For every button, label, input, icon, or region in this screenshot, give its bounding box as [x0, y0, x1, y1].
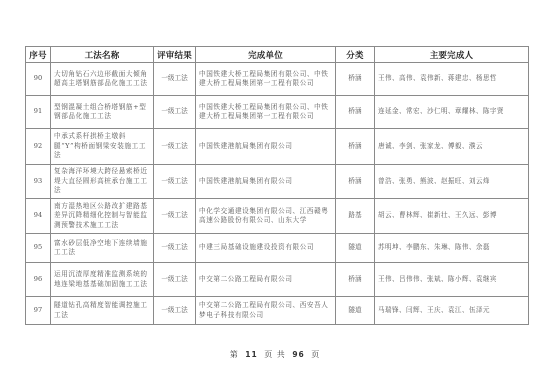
header-main-contributors: 主要完成人 [375, 47, 529, 63]
row-review-result: 一级工法 [154, 63, 196, 96]
row-main-contributors: 曾浩、张勇、熊波、赵振旺、刘云烽 [375, 165, 529, 199]
table-row: 91 型钢混凝土组合桥塔钢筋+型钢部品化施工工法 一级工法 中国铁建大桥工程局集… [26, 96, 529, 129]
row-method-name: 运用沉渣厚度精准监测系统的地连梁地基基础加固施工工法 [51, 263, 154, 297]
page-footer: 第 11 页 共 96 页 [0, 349, 550, 360]
row-review-result: 一级工法 [154, 263, 196, 297]
row-no: 96 [26, 263, 51, 297]
header-no: 序号 [26, 47, 51, 63]
document-page: 序号 工法名称 评审结果 完成单位 分类 主要完成人 90 大切角钻石六边形截面… [0, 0, 550, 389]
row-main-contributors: 唐诚、李剑、张家龙、傅毅、濮云 [375, 129, 529, 165]
row-no: 90 [26, 63, 51, 96]
footer-suffix: 页 [311, 350, 320, 359]
row-no: 94 [26, 199, 51, 234]
footer-prefix: 第 [230, 350, 239, 359]
row-main-contributors: 连延金、常宏、沙仁明、章耀林、陈宇贤 [375, 96, 529, 129]
row-completing-unit: 中国铁建大桥工程局集团有限公司、中铁建大桥工程局集团第一工程有限公司 [196, 63, 336, 96]
table-row: 94 南方湿热地区公路改扩建路基差异沉降精细化控制与智能监测预警技术施工工法 一… [26, 199, 529, 234]
row-completing-unit: 中国铁建港航局集团有限公司 [196, 165, 336, 199]
row-no: 95 [26, 234, 51, 263]
row-review-result: 一级工法 [154, 199, 196, 234]
header-category: 分类 [336, 47, 375, 63]
row-category: 桥涵 [336, 263, 375, 297]
row-no: 93 [26, 165, 51, 199]
row-completing-unit: 中国铁建港航局集团有限公司 [196, 129, 336, 165]
table-row: 90 大切角钻石六边形截面大倾角超高主塔钢筋部品化施工工法 一级工法 中国铁建大… [26, 63, 529, 96]
row-main-contributors: 胡云、曹林辉、崔新壮、王久远、彭博 [375, 199, 529, 234]
row-no: 97 [26, 297, 51, 325]
current-page-number: 11 [245, 350, 257, 359]
row-category: 桥涵 [336, 96, 375, 129]
row-method-name: 型钢混凝土组合桥塔钢筋+型钢部品化施工工法 [51, 96, 154, 129]
table-row: 93 复杂海洋环境大跨径悬索桥近堤大直径圆形高桩承台施工工法 一级工法 中国铁建… [26, 165, 529, 199]
row-category: 桥涵 [336, 165, 375, 199]
header-method-name: 工法名称 [51, 47, 154, 63]
footer-middle: 页 共 [264, 350, 286, 359]
row-no: 92 [26, 129, 51, 165]
row-review-result: 一级工法 [154, 297, 196, 325]
row-review-result: 一级工法 [154, 165, 196, 199]
row-review-result: 一级工法 [154, 96, 196, 129]
row-completing-unit: 中国铁建大桥工程局集团有限公司、中铁建大桥工程局集团第一工程有限公司 [196, 96, 336, 129]
row-category: 桥涵 [336, 129, 375, 165]
row-method-name: 富水砂层低净空地下连续墙施工工法 [51, 234, 154, 263]
row-completing-unit: 中交第二公路工程局有限公司、西安吾人梦电子科技有限公司 [196, 297, 336, 325]
row-completing-unit: 中化学交通建设集团有限公司、江西赣粤高速公路股份有限公司、山东大学 [196, 199, 336, 234]
row-method-name: 隧道钻孔高精度智能调控施工工法 [51, 297, 154, 325]
row-method-name: 大切角钻石六边形截面大倾角超高主塔钢筋部品化施工工法 [51, 63, 154, 96]
row-method-name: 中承式系杆拱桥主墩斜腿“Y”构桥面钢梁安装施工工法 [51, 129, 154, 165]
row-main-contributors: 苏明坤、李鹏东、朱琳、陈伟、余磊 [375, 234, 529, 263]
row-method-name: 复杂海洋环境大跨径悬索桥近堤大直径圆形高桩承台施工工法 [51, 165, 154, 199]
table-row: 96 运用沉渣厚度精准监测系统的地连梁地基基础加固施工工法 一级工法 中交第二公… [26, 263, 529, 297]
row-method-name: 南方湿热地区公路改扩建路基差异沉降精细化控制与智能监测预警技术施工工法 [51, 199, 154, 234]
row-main-contributors: 王伟、高伟、袁伟新、蒋建忠、杨思哲 [375, 63, 529, 96]
row-main-contributors: 马瑞锋、闫辉、王庆、袁江、伍泽元 [375, 297, 529, 325]
row-main-contributors: 王伟、吕伟伟、张斌、陈小辉、袁继宾 [375, 263, 529, 297]
table-header-row: 序号 工法名称 评审结果 完成单位 分类 主要完成人 [26, 47, 529, 63]
row-no: 91 [26, 96, 51, 129]
header-completing-unit: 完成单位 [196, 47, 336, 63]
row-category: 桥涵 [336, 63, 375, 96]
total-pages-number: 96 [292, 350, 304, 359]
row-review-result: 一级工法 [154, 234, 196, 263]
table-row: 97 隧道钻孔高精度智能调控施工工法 一级工法 中交第二公路工程局有限公司、西安… [26, 297, 529, 325]
row-completing-unit: 中交第二公路工程局有限公司 [196, 263, 336, 297]
row-completing-unit: 中建三局基础设施建设投资有限公司 [196, 234, 336, 263]
row-review-result: 一级工法 [154, 129, 196, 165]
construction-method-table: 序号 工法名称 评审结果 完成单位 分类 主要完成人 90 大切角钻石六边形截面… [25, 46, 529, 325]
row-category: 路基 [336, 199, 375, 234]
table-row: 95 富水砂层低净空地下连续墙施工工法 一级工法 中建三局基础设施建设投资有限公… [26, 234, 529, 263]
row-category: 隧道 [336, 234, 375, 263]
table-row: 92 中承式系杆拱桥主墩斜腿“Y”构桥面钢梁安装施工工法 一级工法 中国铁建港航… [26, 129, 529, 165]
row-category: 隧道 [336, 297, 375, 325]
header-review-result: 评审结果 [154, 47, 196, 63]
